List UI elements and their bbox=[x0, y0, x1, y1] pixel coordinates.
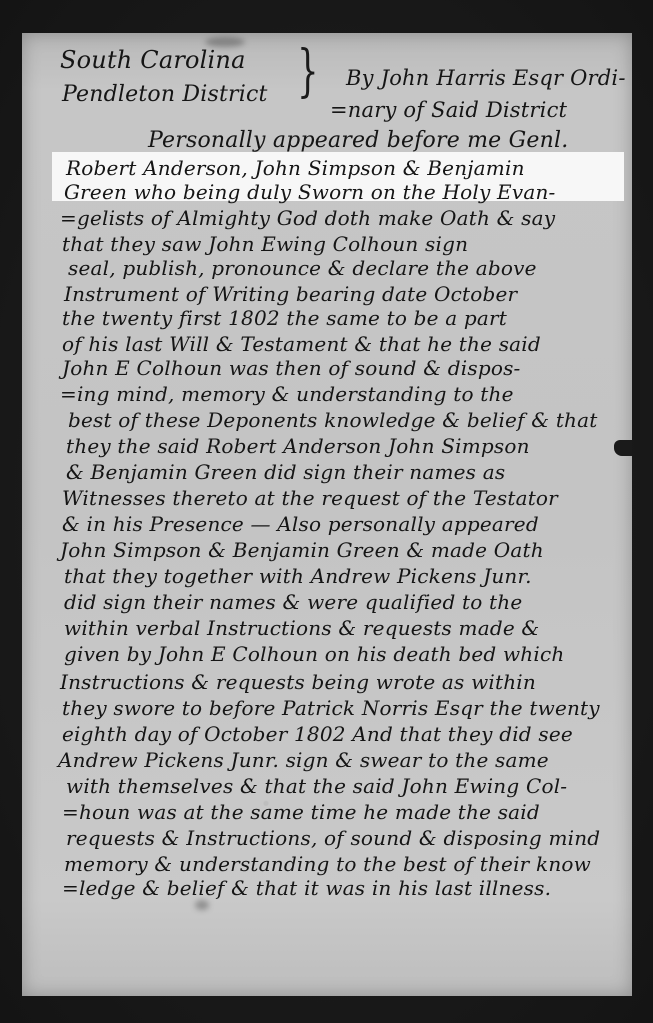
heading-state: South Carolina bbox=[60, 48, 246, 72]
body-line: memory & understanding to the best of th… bbox=[64, 854, 591, 874]
body-line: given by John E Colhoun on his death bed… bbox=[64, 644, 564, 664]
heading-authority-2: =nary of Said District bbox=[330, 100, 567, 121]
heading-district: Pendleton District bbox=[62, 84, 268, 106]
brace-symbol: } bbox=[297, 44, 318, 100]
body-line: the twenty first 1802 the same to be a p… bbox=[62, 308, 507, 328]
body-line: requests & Instructions, of sound & disp… bbox=[66, 828, 600, 848]
body-line: Personally appeared before me Genl. bbox=[148, 130, 568, 152]
body-line: that they together with Andrew Pickens J… bbox=[64, 566, 532, 586]
body-line-highlighted: Green who being duly Sworn on the Holy E… bbox=[64, 182, 556, 202]
body-line: Instructions & requests being wrote as w… bbox=[60, 672, 536, 692]
body-line: within verbal Instructions & requests ma… bbox=[64, 618, 539, 638]
body-line: =ledge & belief & that it was in his las… bbox=[62, 878, 551, 898]
body-line: did sign their names & were qualified to… bbox=[64, 592, 522, 612]
body-line: =houn was at the same time he made the s… bbox=[62, 802, 540, 822]
body-line: Witnesses thereto at the request of the … bbox=[62, 488, 558, 508]
body-line: & in his Presence — Also personally appe… bbox=[62, 514, 539, 534]
body-line: with themselves & that the said John Ewi… bbox=[66, 776, 567, 796]
body-line: best of these Deponents knowledge & beli… bbox=[68, 410, 598, 430]
body-line: they the said Robert Anderson John Simps… bbox=[66, 436, 530, 456]
paper-edge-tear bbox=[614, 440, 632, 456]
body-line: John Simpson & Benjamin Green & made Oat… bbox=[60, 540, 544, 560]
body-line: Andrew Pickens Junr. sign & swear to the… bbox=[58, 750, 549, 770]
body-line: of his last Will & Testament & that he t… bbox=[62, 334, 541, 354]
body-line: & Benjamin Green did sign their names as bbox=[66, 462, 505, 482]
body-line: eighth day of October 1802 And that they… bbox=[62, 724, 573, 744]
body-line: =ing mind, memory & understanding to the bbox=[60, 384, 514, 404]
ink-blot bbox=[195, 900, 209, 910]
body-line: they swore to before Patrick Norris Esqr… bbox=[62, 698, 600, 718]
body-line-highlighted: Robert Anderson, John Simpson & Benjamin bbox=[66, 158, 525, 178]
heading-authority-1: By John Harris Esqr Ordi- bbox=[346, 68, 626, 89]
body-line: seal, publish, pronounce & declare the a… bbox=[68, 258, 537, 278]
body-line: that they saw John Ewing Colhoun sign bbox=[62, 234, 468, 254]
body-line: =gelists of Almighty God doth make Oath … bbox=[60, 208, 555, 228]
body-line: John E Colhoun was then of sound & dispo… bbox=[62, 358, 521, 378]
body-line: Instrument of Writing bearing date Octob… bbox=[64, 284, 517, 304]
